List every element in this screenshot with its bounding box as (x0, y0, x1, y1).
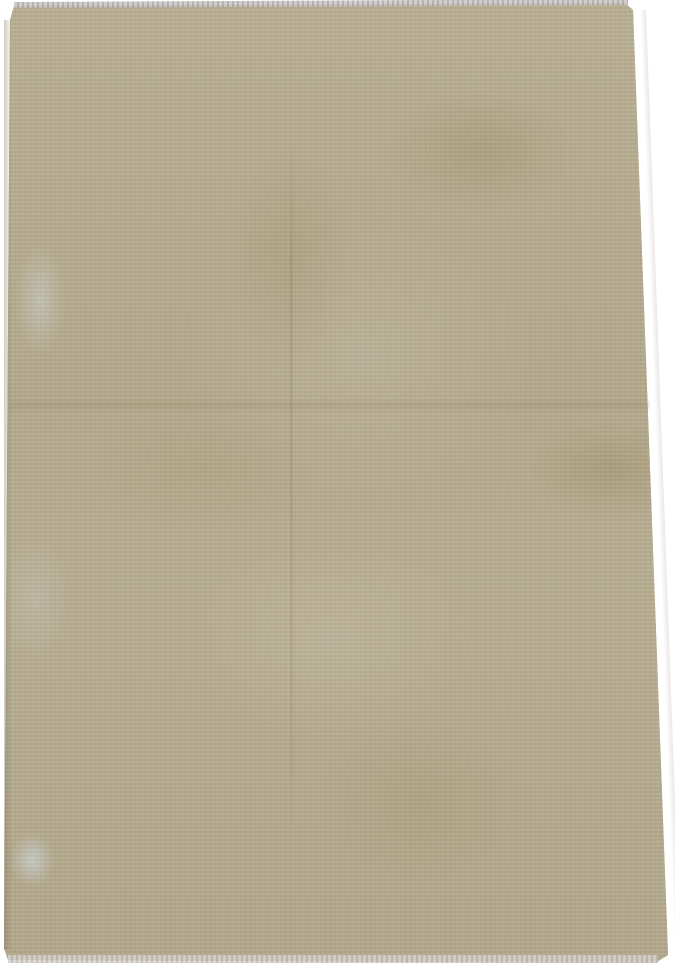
photo-stage (0, 0, 675, 970)
rug-fold-line (290, 120, 293, 880)
rug-bottom-edge (8, 955, 658, 963)
rug-left-selvedge (4, 20, 12, 950)
rug (0, 0, 675, 970)
rug-horizontal-band (10, 398, 650, 412)
